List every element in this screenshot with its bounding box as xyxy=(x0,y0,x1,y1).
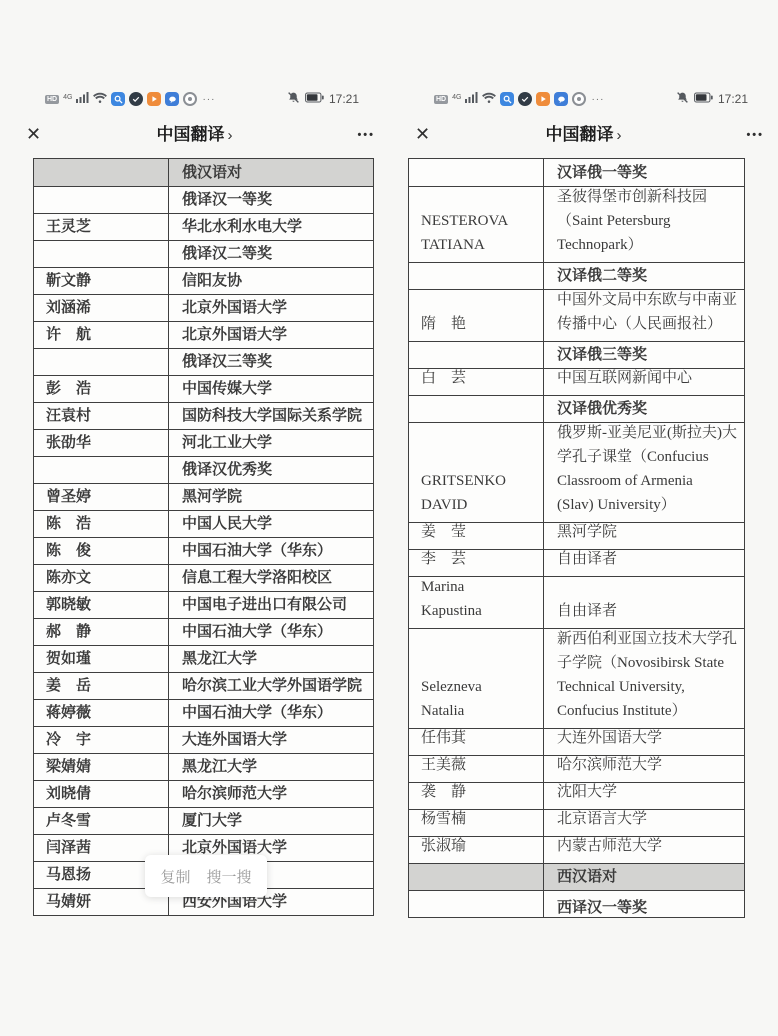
award-table-russian-chinese: 俄汉语对俄译汉一等奖王灵芝华北水利水电大学俄译汉二等奖靳文静信阳友协刘涵浠北京外… xyxy=(33,158,374,916)
name-cell: NESTEROVA TATIANA xyxy=(409,187,544,262)
table-row: 李 芸自由译者 xyxy=(409,549,744,576)
name-cell: 刘涵浠 xyxy=(34,295,169,321)
name-cell: 郭晓敏 xyxy=(34,592,169,618)
table-row: 刘涵浠北京外国语大学 xyxy=(34,294,373,321)
award-row: 俄译汉二等奖 xyxy=(34,240,373,267)
org-cell: 大连外国语大学 xyxy=(169,727,373,753)
name-cell xyxy=(409,891,544,917)
hd-badge: HD xyxy=(45,95,59,104)
section-row: 西汉语对 xyxy=(409,863,744,890)
name-cell xyxy=(409,396,544,422)
org-cell: 黑龙江大学 xyxy=(169,646,373,672)
name-cell: 杨雪楠 xyxy=(409,810,544,836)
name-cell: 王灵芝 xyxy=(34,214,169,240)
award-label: 汉译俄优秀奖 xyxy=(544,396,744,422)
table-row: 卢冬雪厦门大学 xyxy=(34,807,373,834)
name-cell xyxy=(409,159,544,186)
name-cell: GRITSENKO DAVID xyxy=(409,423,544,522)
name-cell: 冷 宇 xyxy=(34,727,169,753)
award-row: 俄译汉三等奖 xyxy=(34,348,373,375)
award-table-chinese-russian: 汉译俄一等奖NESTEROVA TATIANA圣彼得堡市创新科技园 （Saint… xyxy=(408,158,745,918)
table-row: 王美薇哈尔滨师范大学 xyxy=(409,755,744,782)
chevron-right-icon: › xyxy=(617,127,622,144)
video-app-icon xyxy=(536,92,550,106)
name-cell xyxy=(409,342,544,368)
org-cell: 中国人民大学 xyxy=(169,511,373,537)
signal-icon xyxy=(76,92,89,106)
org-cell: 华北水利水电大学 xyxy=(169,214,373,240)
org-cell: 中国石油大学（华东） xyxy=(169,538,373,564)
network-type-label: 4G xyxy=(452,94,461,101)
name-cell: 陈 俊 xyxy=(34,538,169,564)
award-label: 俄汉语对 xyxy=(169,159,373,186)
table-row: 汪袁村国防科技大学国际关系学院 xyxy=(34,402,373,429)
table-row: 靳文静信阳友协 xyxy=(34,267,373,294)
name-cell: 曾圣婷 xyxy=(34,484,169,510)
more-menu-icon[interactable]: ••• xyxy=(357,122,375,148)
search-button[interactable]: 搜一搜 xyxy=(207,866,252,887)
award-label: 俄译汉三等奖 xyxy=(169,349,373,375)
name-cell xyxy=(34,159,169,186)
table-row: 彭 浩中国传媒大学 xyxy=(34,375,373,402)
signal-icon xyxy=(465,92,478,106)
name-cell xyxy=(34,457,169,483)
table-row: 刘晓倩哈尔滨师范大学 xyxy=(34,780,373,807)
status-more-dots: ··· xyxy=(591,94,604,105)
table-row: 张劭华河北工业大学 xyxy=(34,429,373,456)
award-label: 汉译俄一等奖 xyxy=(544,159,744,186)
table-row: 姜 莹黑河学院 xyxy=(409,522,744,549)
name-cell xyxy=(409,263,544,289)
bell-muted-icon xyxy=(287,91,300,107)
status-bar: HD 4G ··· 17:21 xyxy=(0,88,389,110)
org-cell: 北京外国语大学 xyxy=(169,295,373,321)
name-cell: 姜 岳 xyxy=(34,673,169,699)
name-cell: 刘晓倩 xyxy=(34,781,169,807)
org-cell: 中国电子进出口有限公司 xyxy=(169,592,373,618)
camera-app-icon xyxy=(572,92,586,106)
table-row: 姜 岳哈尔滨工业大学外国语学院 xyxy=(34,672,373,699)
name-cell: 李 芸 xyxy=(409,550,544,576)
clock-time: 17:21 xyxy=(718,92,748,106)
shield-app-icon xyxy=(518,92,532,106)
table-row: GRITSENKO DAVID俄罗斯-亚美尼亚(斯拉夫)大 学孔子课堂（Conf… xyxy=(409,422,744,522)
page-title[interactable]: 中国翻译› xyxy=(0,122,389,149)
award-label: 汉译俄二等奖 xyxy=(544,263,744,289)
org-cell: 河北工业大学 xyxy=(169,430,373,456)
text-selection-popup: 复制 搜一搜 xyxy=(145,855,267,897)
search-app-icon xyxy=(111,92,125,106)
status-left-cluster: HD 4G ··· xyxy=(45,92,287,106)
clock-time: 17:21 xyxy=(329,92,359,106)
screenshot-pair: HD 4G ··· 17:21 ✕ 中国翻译› ••• 俄汉语对俄译汉一等 xyxy=(0,0,778,924)
award-row: 俄译汉优秀奖 xyxy=(34,456,373,483)
name-cell: 卢冬雪 xyxy=(34,808,169,834)
org-cell: 大连外国语大学 xyxy=(544,729,744,755)
award-label: 西译汉一等奖 xyxy=(544,891,744,917)
org-cell: 国防科技大学国际关系学院 xyxy=(169,403,373,429)
search-app-icon xyxy=(500,92,514,106)
video-app-icon xyxy=(147,92,161,106)
table-row: 白 芸中国互联网新闻中心 xyxy=(409,368,744,395)
table-row: 陈亦文信息工程大学洛阳校区 xyxy=(34,564,373,591)
name-cell: Marina Kapustina xyxy=(409,577,544,628)
award-label: 俄译汉优秀奖 xyxy=(169,457,373,483)
award-row: 俄译汉一等奖 xyxy=(34,186,373,213)
name-cell: 彭 浩 xyxy=(34,376,169,402)
org-cell: 中国互联网新闻中心 xyxy=(544,369,744,395)
wifi-icon xyxy=(482,92,496,106)
org-cell: 中国外文局中东欧与中南亚 传播中心（人民画报社） xyxy=(544,290,744,341)
table-row: 贺如瑾黑龙江大学 xyxy=(34,645,373,672)
bell-muted-icon xyxy=(676,91,689,107)
org-cell: 自由译者 xyxy=(544,577,744,628)
org-cell: 北京外国语大学 xyxy=(169,322,373,348)
award-label: 西汉语对 xyxy=(544,864,744,890)
org-cell: 黑龙江大学 xyxy=(169,754,373,780)
org-cell: 自由译者 xyxy=(544,550,744,576)
table-row: 曾圣婷黑河学院 xyxy=(34,483,373,510)
page-title[interactable]: 中国翻译› xyxy=(389,122,778,149)
award-label: 汉译俄三等奖 xyxy=(544,342,744,368)
battery-icon xyxy=(694,92,713,106)
table-row: 袭 静沈阳大学 xyxy=(409,782,744,809)
name-cell: 袭 静 xyxy=(409,783,544,809)
org-cell: 中国石油大学（华东） xyxy=(169,700,373,726)
name-cell: 隋 艳 xyxy=(409,290,544,341)
award-row: 汉译俄三等奖 xyxy=(409,341,744,368)
hd-badge: HD xyxy=(434,95,448,104)
name-cell xyxy=(34,349,169,375)
nav-bar: ✕ 中国翻译› ••• xyxy=(0,118,389,152)
org-cell: 新西伯利亚国立技术大学孔 子学院（Novosibirsk State Techn… xyxy=(544,629,744,728)
messenger-app-icon xyxy=(554,92,568,106)
org-cell: 中国传媒大学 xyxy=(169,376,373,402)
name-cell xyxy=(34,187,169,213)
org-cell: 哈尔滨工业大学外国语学院 xyxy=(169,673,373,699)
status-right-cluster: 17:21 xyxy=(287,91,359,107)
org-cell: 北京语言大学 xyxy=(544,810,744,836)
table-row: NESTEROVA TATIANA圣彼得堡市创新科技园 （Saint Peter… xyxy=(409,186,744,262)
name-cell: 陈 浩 xyxy=(34,511,169,537)
name-cell: 汪袁村 xyxy=(34,403,169,429)
name-cell: 靳文静 xyxy=(34,268,169,294)
table-row: 陈 浩中国人民大学 xyxy=(34,510,373,537)
wifi-icon xyxy=(93,92,107,106)
name-cell: 任伟萁 xyxy=(409,729,544,755)
award-row: 西译汉一等奖 xyxy=(409,890,744,917)
table-row: 任伟萁大连外国语大学 xyxy=(409,728,744,755)
org-cell: 黑河学院 xyxy=(544,523,744,549)
status-more-dots: ··· xyxy=(202,94,215,105)
table-row: 张淑瑜内蒙古师范大学 xyxy=(409,836,744,863)
award-label: 俄译汉一等奖 xyxy=(169,187,373,213)
name-cell: 郝 静 xyxy=(34,619,169,645)
name-cell: 许 航 xyxy=(34,322,169,348)
name-cell xyxy=(409,864,544,890)
award-row: 汉译俄一等奖 xyxy=(409,159,744,186)
name-cell: 梁婧婧 xyxy=(34,754,169,780)
name-cell: 白 芸 xyxy=(409,369,544,395)
name-cell: 贺如瑾 xyxy=(34,646,169,672)
name-cell: 蒋婷薇 xyxy=(34,700,169,726)
name-cell: 姜 莹 xyxy=(409,523,544,549)
award-row: 汉译俄优秀奖 xyxy=(409,395,744,422)
table-row: Marina Kapustina自由译者 xyxy=(409,576,744,628)
name-cell: 张劭华 xyxy=(34,430,169,456)
table-row: 许 航北京外国语大学 xyxy=(34,321,373,348)
table-row: 梁婧婧黑龙江大学 xyxy=(34,753,373,780)
section-row: 俄汉语对 xyxy=(34,159,373,186)
phone-screenshot-left: HD 4G ··· 17:21 ✕ 中国翻译› ••• 俄汉语对俄译汉一等 xyxy=(0,0,389,924)
network-type-label: 4G xyxy=(63,94,72,101)
org-cell: 信息工程大学洛阳校区 xyxy=(169,565,373,591)
chevron-right-icon: › xyxy=(228,127,233,144)
name-cell: Selezneva Natalia xyxy=(409,629,544,728)
org-cell: 内蒙古师范大学 xyxy=(544,837,744,863)
more-menu-icon[interactable]: ••• xyxy=(746,122,764,148)
org-cell: 哈尔滨师范大学 xyxy=(169,781,373,807)
org-cell: 信阳友协 xyxy=(169,268,373,294)
battery-icon xyxy=(305,92,324,106)
org-cell: 中国石油大学（华东） xyxy=(169,619,373,645)
name-cell: 张淑瑜 xyxy=(409,837,544,863)
table-row: 杨雪楠北京语言大学 xyxy=(409,809,744,836)
status-bar: HD 4G ··· 17:21 xyxy=(389,88,778,110)
org-cell: 哈尔滨师范大学 xyxy=(544,756,744,782)
status-left-cluster: HD 4G ··· xyxy=(434,92,676,106)
table-row: 隋 艳中国外文局中东欧与中南亚 传播中心（人民画报社） xyxy=(409,289,744,341)
name-cell: 陈亦文 xyxy=(34,565,169,591)
table-row: 陈 俊中国石油大学（华东） xyxy=(34,537,373,564)
table-row: 王灵芝华北水利水电大学 xyxy=(34,213,373,240)
name-cell: 王美薇 xyxy=(409,756,544,782)
table-row: Selezneva Natalia新西伯利亚国立技术大学孔 子学院（Novosi… xyxy=(409,628,744,728)
table-row: 冷 宇大连外国语大学 xyxy=(34,726,373,753)
org-cell: 沈阳大学 xyxy=(544,783,744,809)
org-cell: 圣彼得堡市创新科技园 （Saint Petersburg Technopark） xyxy=(544,187,744,262)
org-cell: 黑河学院 xyxy=(169,484,373,510)
org-cell: 厦门大学 xyxy=(169,808,373,834)
messenger-app-icon xyxy=(165,92,179,106)
phone-screenshot-right: HD 4G ··· 17:21 ✕ 中国翻译› ••• 汉译俄一等奖NES xyxy=(389,0,778,924)
status-right-cluster: 17:21 xyxy=(676,91,748,107)
nav-bar: ✕ 中国翻译› ••• xyxy=(389,118,778,152)
award-row: 汉译俄二等奖 xyxy=(409,262,744,289)
table-row: 郭晓敏中国电子进出口有限公司 xyxy=(34,591,373,618)
name-cell xyxy=(34,241,169,267)
award-label: 俄译汉二等奖 xyxy=(169,241,373,267)
shield-app-icon xyxy=(129,92,143,106)
table-row: 蒋婷薇中国石油大学（华东） xyxy=(34,699,373,726)
camera-app-icon xyxy=(183,92,197,106)
org-cell: 俄罗斯-亚美尼亚(斯拉夫)大 学孔子课堂（Confucius Classroom… xyxy=(544,423,744,522)
copy-button[interactable]: 复制 xyxy=(160,866,190,887)
table-row: 郝 静中国石油大学（华东） xyxy=(34,618,373,645)
